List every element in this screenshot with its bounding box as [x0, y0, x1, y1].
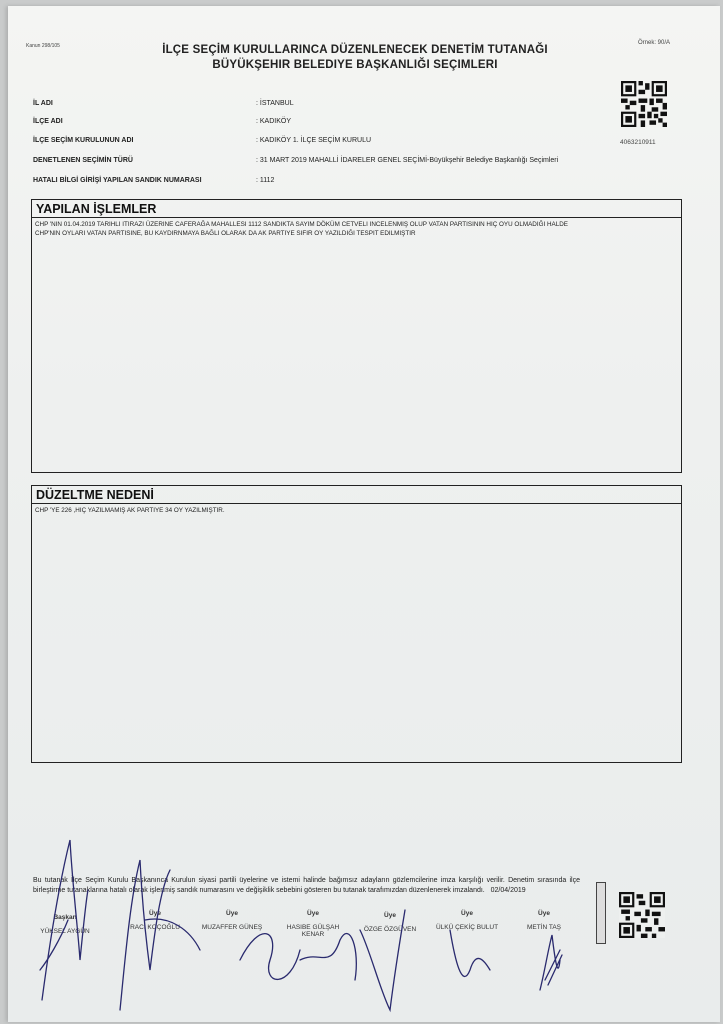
document-subtitle: BÜYÜKŞEHIR BELEDIYE BAŞKANLIĞI SEÇIMLERI — [110, 59, 600, 71]
member-role-uye-2: Üye — [187, 910, 277, 917]
kanun-reference: Kanun 298/105 — [26, 43, 60, 49]
info-value-ilce: : KADIKÖY — [256, 118, 291, 125]
member-name-uye-2: MUZAFFER GÜNEŞ — [187, 924, 277, 931]
duzeltme-nedeni-section: DÜZELTME NEDENİ CHP 'YE 226 ,HIÇ YAZILMA… — [31, 485, 682, 763]
barcode-strip — [596, 882, 606, 944]
duzeltme-nedeni-line1: CHP 'YE 226 ,HIÇ YAZILMAMIŞ AK PARTIYE 3… — [35, 506, 677, 515]
yapilan-islemler-section: YAPILAN İŞLEMLER CHP 'NIN 01.04.2019 TAR… — [31, 199, 682, 473]
qr-code-bottom-icon — [619, 892, 665, 938]
info-label-il: İL ADI — [33, 100, 53, 107]
member-role-baskan: Başkan — [20, 914, 110, 921]
info-value-secim-turu: : 31 MART 2019 MAHALLİ İDARELER GENEL SE… — [256, 157, 558, 164]
info-value-il: : İSTANBUL — [256, 100, 294, 107]
member-name-baskan: YÜKSEL AYGÜN — [20, 928, 110, 935]
qr-code-icon — [621, 81, 667, 127]
info-label-sandik: HATALI BİLGİ GİRİŞİ YAPILAN SANDIK NUMAR… — [33, 177, 202, 184]
footer-date: 02/04/2019 — [491, 887, 526, 894]
member-name-uye-3: HASIBE GÜLŞAH KENAR — [278, 924, 348, 938]
duzeltme-nedeni-heading: DÜZELTME NEDENİ — [32, 486, 681, 504]
yapilan-islemler-line1: CHP 'NIN 01.04.2019 TARIHLI ITIRAZI ÜZER… — [35, 220, 677, 229]
yapilan-islemler-heading: YAPILAN İŞLEMLER — [32, 200, 681, 218]
document-title: İLÇE SEÇİM KURULLARINCA DÜZENLENECEK DEN… — [110, 44, 600, 56]
form-number: Örnek: 90/A — [638, 40, 670, 46]
info-label-kurul: İLÇE SEÇİM KURULUNUN ADI — [33, 137, 133, 144]
info-label-ilce: İLÇE ADI — [33, 118, 63, 125]
info-label-secim-turu: DENETLENEN SEÇİMİN TÜRÜ — [33, 157, 133, 164]
member-name-uye-6: METİN TAŞ — [499, 924, 589, 931]
info-value-kurul: : KADIKÖY 1. İLÇE SEÇİM KURULU — [256, 137, 371, 144]
yapilan-islemler-line2: CHP'NIN OYLARI VATAN PARTISINE, BU KAYDI… — [35, 229, 677, 238]
qr-code-number: 4063210911 — [620, 139, 656, 146]
footer-statement: Bu tutanak İlçe Seçim Kurulu Başkanınca … — [33, 876, 580, 896]
member-role-uye-6: Üye — [499, 910, 589, 917]
info-value-sandik: : 1112 — [256, 177, 274, 184]
